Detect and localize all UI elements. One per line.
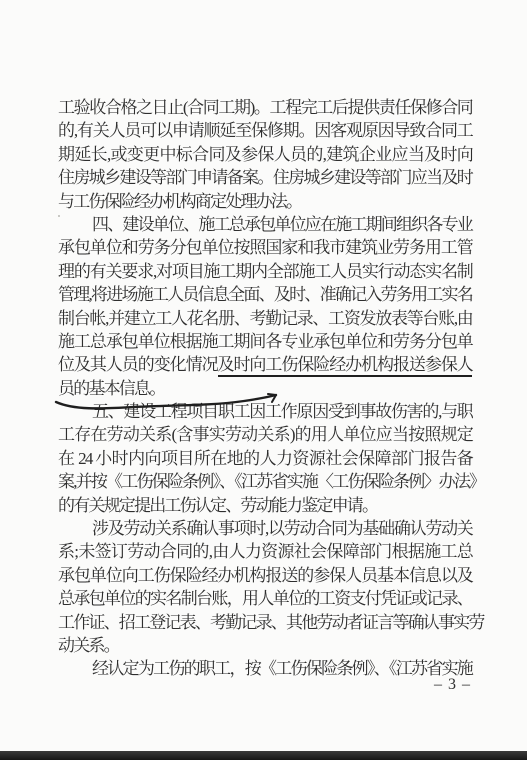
text-line: 四、建设单位、施工总承包单位应在施工期间组织各专业 <box>58 213 472 236</box>
text-line: 的有关规定提出工伤认定、劳动能力鉴定申请。 <box>58 494 472 517</box>
scan-speck <box>58 215 60 217</box>
text-line: 管理,将进场施工人员信息全面、及时、准确记入劳务用工实名 <box>58 283 472 306</box>
text-line: 承包单位向工伤保险经办机构报送的参保人员基本信息以及 <box>58 564 472 587</box>
scan-speck <box>128 158 130 160</box>
page-number: – 3 – <box>434 676 471 694</box>
text-line: 员的基本信息。 <box>58 377 472 400</box>
text-line: 涉及劳动关系确认事项时,以劳动合同为基础确认劳动关 <box>58 517 472 540</box>
text-line: 位及其人员的变化情况及时向工伤保险经办机构报送参保人 <box>58 353 472 376</box>
text-run: 位及其人员的变化情况 <box>58 355 218 374</box>
text-line: 总承包单位的实名制台账，用人单位的工资支付凭证或记录、 <box>58 587 472 610</box>
text-line: 案,并按《工伤保险条例》、《江苏省实施〈工伤保险条例〉办法》 <box>58 470 472 493</box>
hand-underline-text: 及时向工伤保险经办机构报送参保人 <box>218 355 472 377</box>
text-line: 施工总承包单位根据施工期间各专业承包单位和劳务分包单 <box>58 330 472 353</box>
text-line: 工作证、招工登记表、考勤记录、其他劳动者证言等确认事实劳 <box>58 611 472 634</box>
text-line: 的,有关人员可以申请顺延至保修期。因客观原因导致合同工 <box>58 119 472 142</box>
text-line: 与工伤保险经办机构商定处理办法。 <box>58 190 472 213</box>
text-run: 管理,将进场施工人员信息全面、及时、准确记入劳务用工实名 <box>58 285 472 304</box>
text-run: 与工伤保险经办机构商定处理办法。 <box>58 192 301 211</box>
text-line: 住房城乡建设等部门申请备案。住房城乡建设等部门应当及时 <box>58 166 472 189</box>
text-line: 经认定为工伤的职工，按《工伤保险条例》、《江苏省实施 <box>58 657 472 680</box>
text-run: 制台帐,并建立工人花名册、考勤记录、工资发放表等台账,由 <box>58 309 472 328</box>
text-run: 员的基本信息。 <box>58 379 164 398</box>
text-line: 期延长,或变更中标合同及参保人员的,建筑企业应当及时向 <box>58 143 472 166</box>
text-run: 承包单位向工伤保险经办机构报送的参保人员基本信息以及 <box>58 566 472 585</box>
text-line: 动关系。 <box>58 634 472 657</box>
document-text-block: 工验收合格之日止(合同工期)。工程完工后提供责任保修合同的,有关人员可以申请顺延… <box>58 96 472 681</box>
text-run: 系;未签订劳动合同的,由人力资源社会保障部门根据施工总 <box>58 542 472 561</box>
text-run: 涉及劳动关系确认事项时,以劳动合同为基础确认劳动关 <box>92 519 472 538</box>
text-run: 的,有关人员可以申请顺延至保修期。因客观原因导致合同工 <box>58 121 472 140</box>
text-line: 承包单位和劳务分包单位按照国家和我市建筑业劳务用工管 <box>58 236 472 259</box>
text-run: 四、建设单位、施工总承包单位应在施工期间组织各专业 <box>92 215 472 234</box>
text-run: 施工总承包单位根据施工期间各专业承包单位和劳务分包单 <box>58 332 472 351</box>
text-run: 在 24 小时内向项目所在地的人力资源社会保障部门报告备 <box>58 449 472 468</box>
text-run: 工验收合格之日止(合同工期)。工程完工后提供责任保修合同 <box>58 98 472 117</box>
text-line: 工验收合格之日止(合同工期)。工程完工后提供责任保修合同 <box>58 96 472 119</box>
text-line: 系;未签订劳动合同的,由人力资源社会保障部门根据施工总 <box>58 540 472 563</box>
text-line: 五、建设工程项目职工因工作原因受到事故伤害的,与职 <box>58 400 472 423</box>
text-line: 理的有关要求,对项目施工期内全部施工人员实行动态实名制 <box>58 260 472 283</box>
text-line: 在 24 小时内向项目所在地的人力资源社会保障部门报告备 <box>58 447 472 470</box>
text-run: 动关系。 <box>58 636 119 655</box>
text-run: 五、建设工程项目职工因工作原因受到事故伤害的,与职 <box>92 402 472 421</box>
text-run: 工存在劳动关系(含事实劳动关系)的用人单位应当按照规定 <box>58 425 472 444</box>
text-run: 住房城乡建设等部门申请备案。住房城乡建设等部门应当及时 <box>58 168 472 187</box>
text-run: 案,并按《工伤保险条例》、《江苏省实施〈工伤保险条例〉办法》 <box>58 472 484 491</box>
scanned-page: 工验收合格之日止(合同工期)。工程完工后提供责任保修合同的,有关人员可以申请顺延… <box>0 0 527 760</box>
text-line: 制台帐,并建立工人花名册、考勤记录、工资发放表等台账,由 <box>58 307 472 330</box>
text-line: 工存在劳动关系(含事实劳动关系)的用人单位应当按照规定 <box>58 423 472 446</box>
text-run: 的有关规定提出工伤认定、劳动能力鉴定申请。 <box>58 496 377 515</box>
text-run: 工作证、招工登记表、考勤记录、其他劳动者证言等确认事实劳 <box>58 613 484 632</box>
text-run: 承包单位和劳务分包单位按照国家和我市建筑业劳务用工管 <box>58 238 472 257</box>
text-run: 总承包单位的实名制台账，用人单位的工资支付凭证或记录、 <box>58 589 472 608</box>
text-run: 理的有关要求,对项目施工期内全部施工人员实行动态实名制 <box>58 262 472 281</box>
text-run: 期延长,或变更中标合同及参保人员的,建筑企业应当及时向 <box>58 145 472 164</box>
text-run: 经认定为工伤的职工，按《工伤保险条例》、《江苏省实施 <box>92 659 472 678</box>
scan-edge-shadow <box>0 751 527 760</box>
